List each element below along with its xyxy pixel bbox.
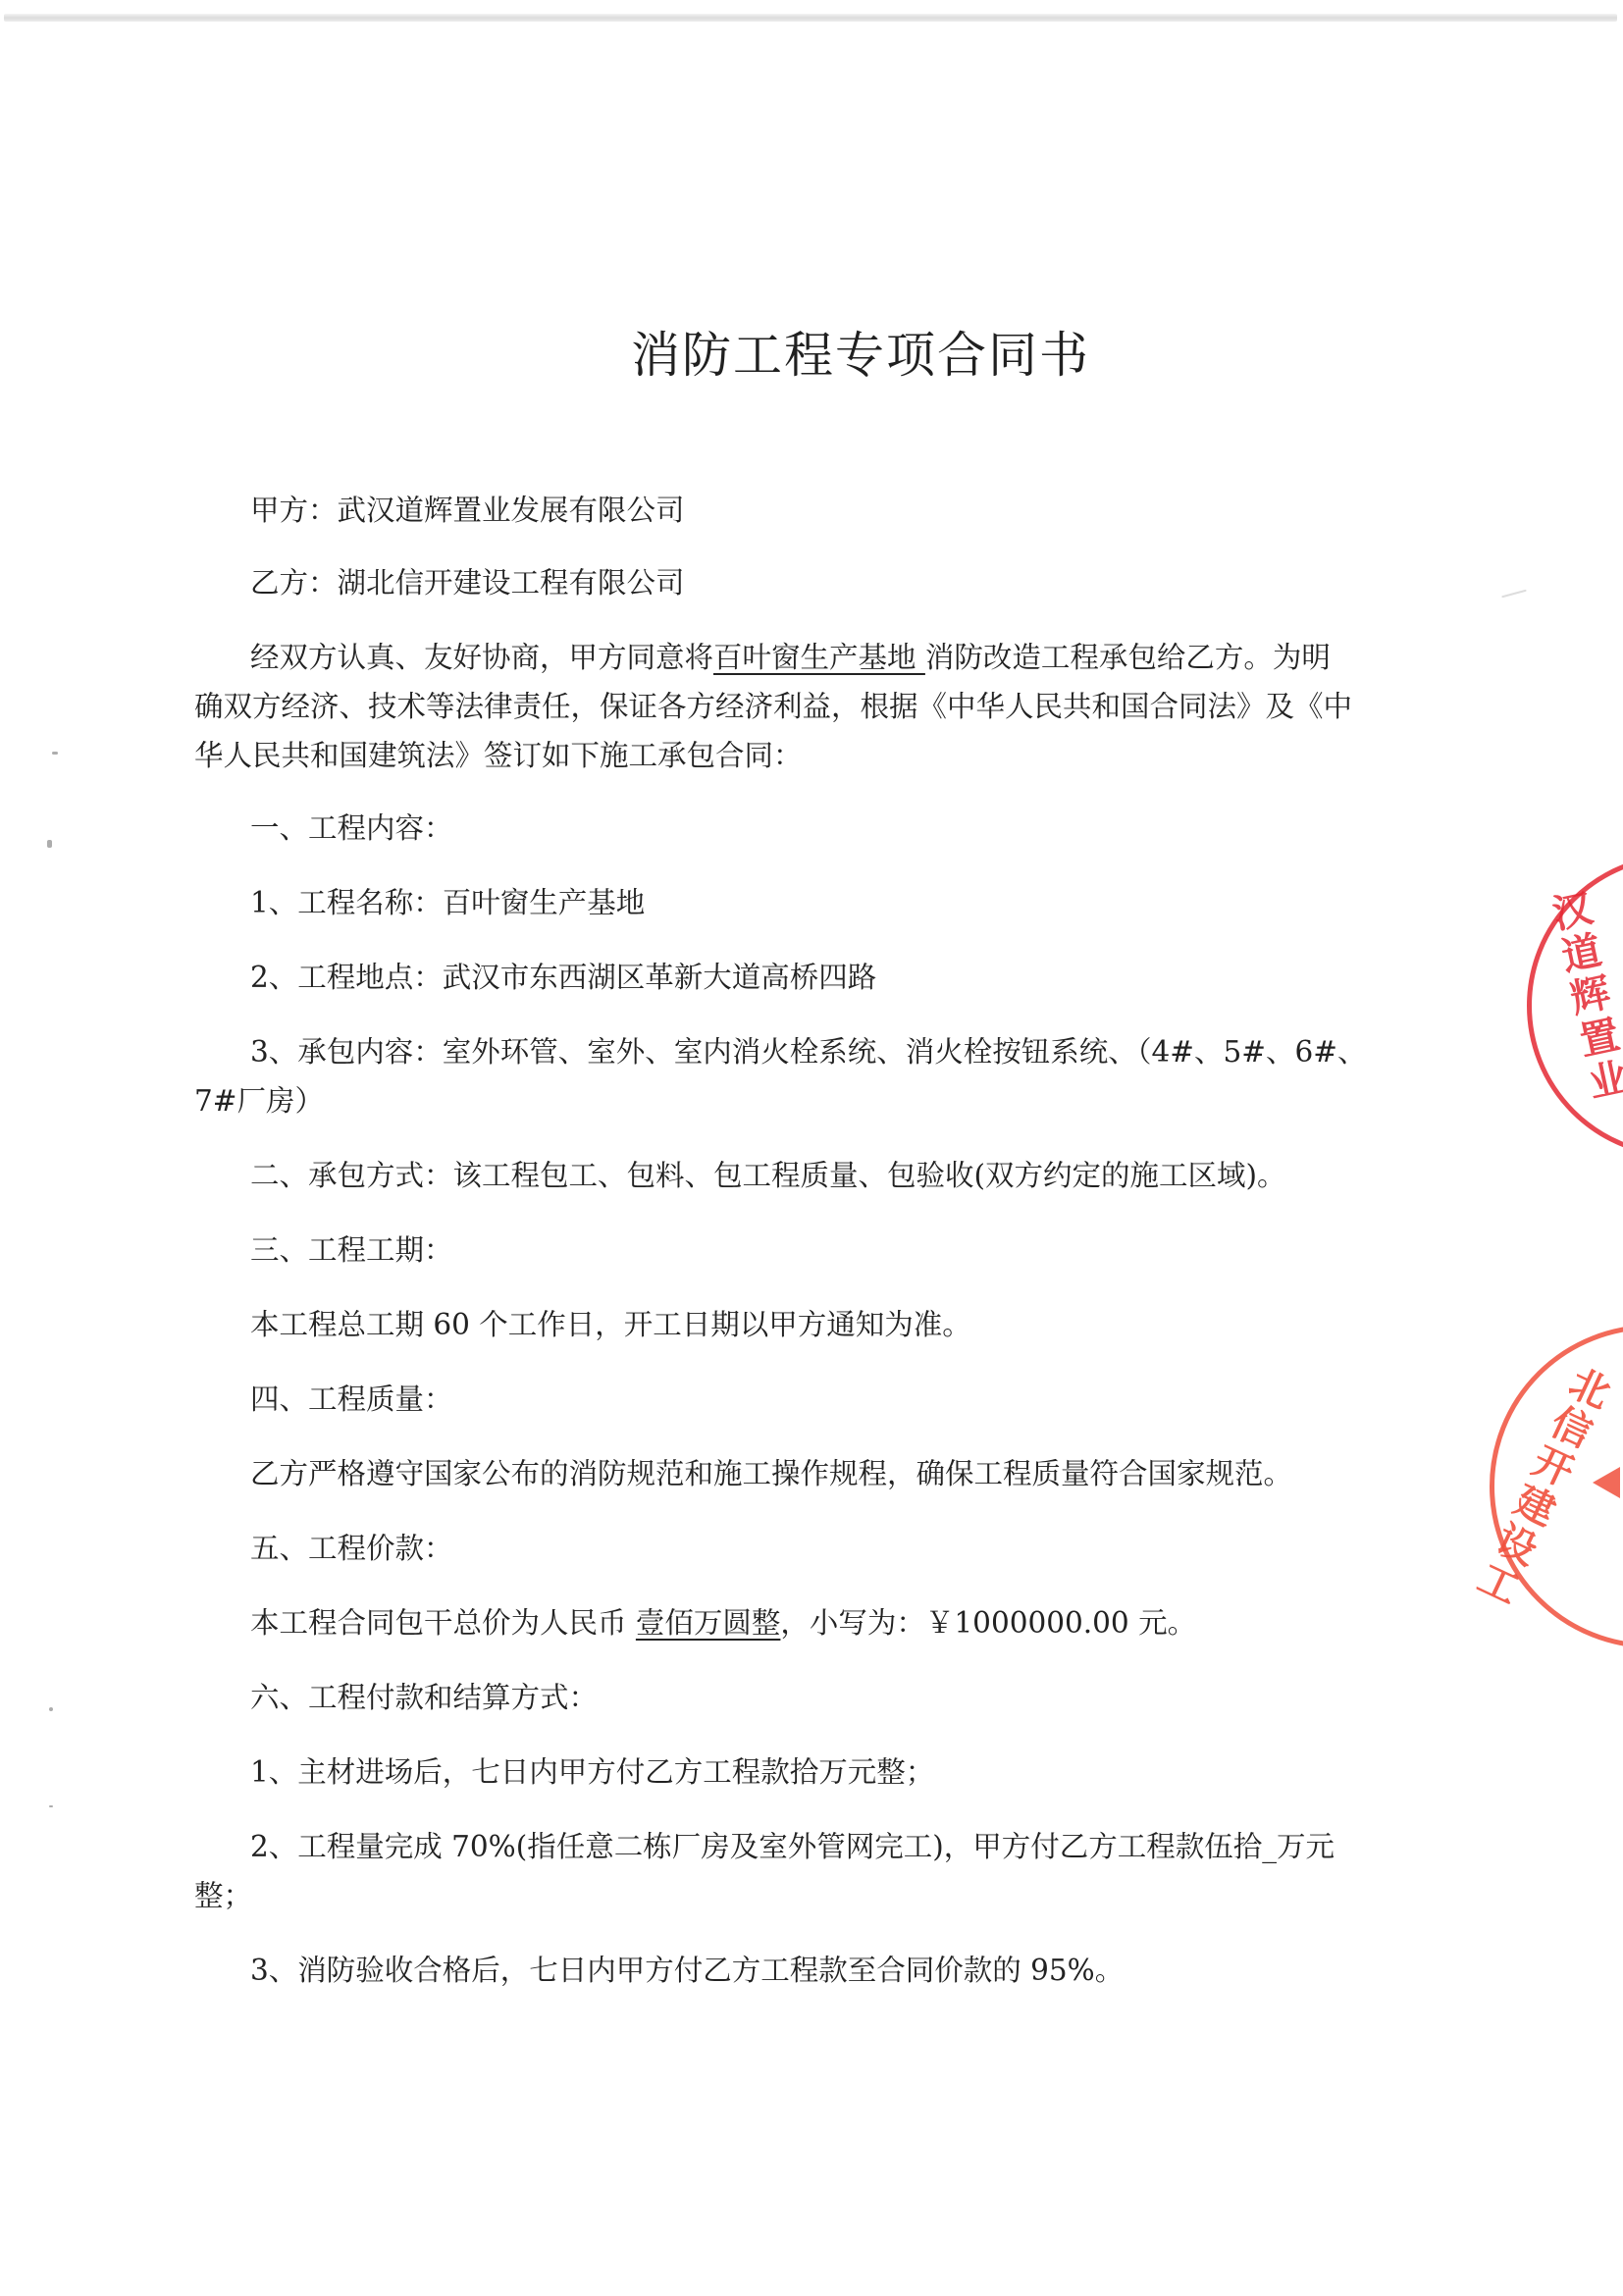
section-5-body: 本工程合同包干总价为人民币 壹佰万圆整，小写为：￥1000000.00 元。 <box>250 1605 1196 1641</box>
intro-text-post: 消防改造工程承包给乙方。为明 <box>925 641 1331 674</box>
document-title: 消防工程专项合同书 <box>0 316 1623 387</box>
section-1-item-3-line-1: 3、承包内容：室外环管、室外、室内消火栓系统、消火栓按钮系统、（4#、5#、6#… <box>250 1034 1366 1070</box>
seal-star-icon <box>1593 1467 1620 1498</box>
scan-speck <box>49 1707 53 1711</box>
party-b: 乙方：湖北信开建设工程有限公司 <box>250 565 685 600</box>
section-6-item-2-line-1: 2、工程量完成 70%(指任意二栋厂房及室外管网完工)，甲方付乙方工程款伍拾_万… <box>250 1829 1335 1864</box>
scan-speck <box>47 840 52 848</box>
scan-speck <box>52 752 58 755</box>
intro-line-1: 经双方认真、友好协商，甲方同意将百叶窗生产基地 消防改造工程承包给乙方。为明 <box>250 640 1331 675</box>
project-name-underlined: 百叶窗生产基地 <box>713 641 925 674</box>
section-3-body: 本工程总工期 60 个工作日，开工日期以甲方通知为准。 <box>250 1307 971 1342</box>
section-2-heading: 二、承包方式：该工程包工、包料、包工程质量、包验收(双方约定的施工区域)。 <box>250 1158 1286 1193</box>
section-3-heading: 三、工程工期： <box>250 1232 453 1268</box>
price-text-post: ，小写为：￥1000000.00 元。 <box>780 1606 1196 1640</box>
scan-edge <box>4 14 1617 22</box>
party-a: 甲方：武汉道辉置业发展有限公司 <box>250 493 685 528</box>
section-4-body: 乙方严格遵守国家公布的消防规范和施工操作规程，确保工程质量符合国家规范。 <box>250 1456 1292 1491</box>
company-seal-party-a: 汉道辉置业 <box>1527 854 1623 1158</box>
section-1-item-3-line-2: 7#厂房） <box>194 1083 324 1119</box>
section-6-item-3: 3、消防验收合格后，七日内甲方付乙方工程款至合同价款的 95%。 <box>250 1953 1124 1988</box>
company-seal-party-b: 北信开建设工 <box>1490 1325 1623 1648</box>
price-text-pre: 本工程合同包干总价为人民币 <box>250 1606 636 1640</box>
section-1-item-2: 2、工程地点：武汉市东西湖区革新大道高桥四路 <box>250 960 876 995</box>
price-in-words-underlined: 壹佰万圆整 <box>636 1606 781 1640</box>
section-6-item-2-line-2: 整； <box>194 1878 252 1913</box>
section-6-item-1: 1、主材进场后，七日内甲方付乙方工程款拾万元整； <box>250 1754 934 1790</box>
seal-a-text: 汉道辉置业 <box>1549 886 1623 1106</box>
section-1-heading: 一、工程内容： <box>250 810 453 846</box>
scan-speck <box>49 1805 53 1807</box>
scan-speck <box>1501 590 1527 599</box>
intro-line-3: 华人民共和国建筑法》签订如下施工承包合同： <box>194 738 803 773</box>
section-4-heading: 四、工程质量： <box>250 1382 453 1417</box>
intro-line-2: 确双方经济、技术等法律责任，保证各方经济利益，根据《中华人民共和国合同法》及《中 <box>194 689 1352 724</box>
section-5-heading: 五、工程价款： <box>250 1531 453 1566</box>
intro-text-pre: 经双方认真、友好协商，甲方同意将 <box>250 641 713 674</box>
section-6-heading: 六、工程付款和结算方式： <box>250 1680 598 1715</box>
section-1-item-1: 1、工程名称：百叶窗生产基地 <box>250 885 645 920</box>
